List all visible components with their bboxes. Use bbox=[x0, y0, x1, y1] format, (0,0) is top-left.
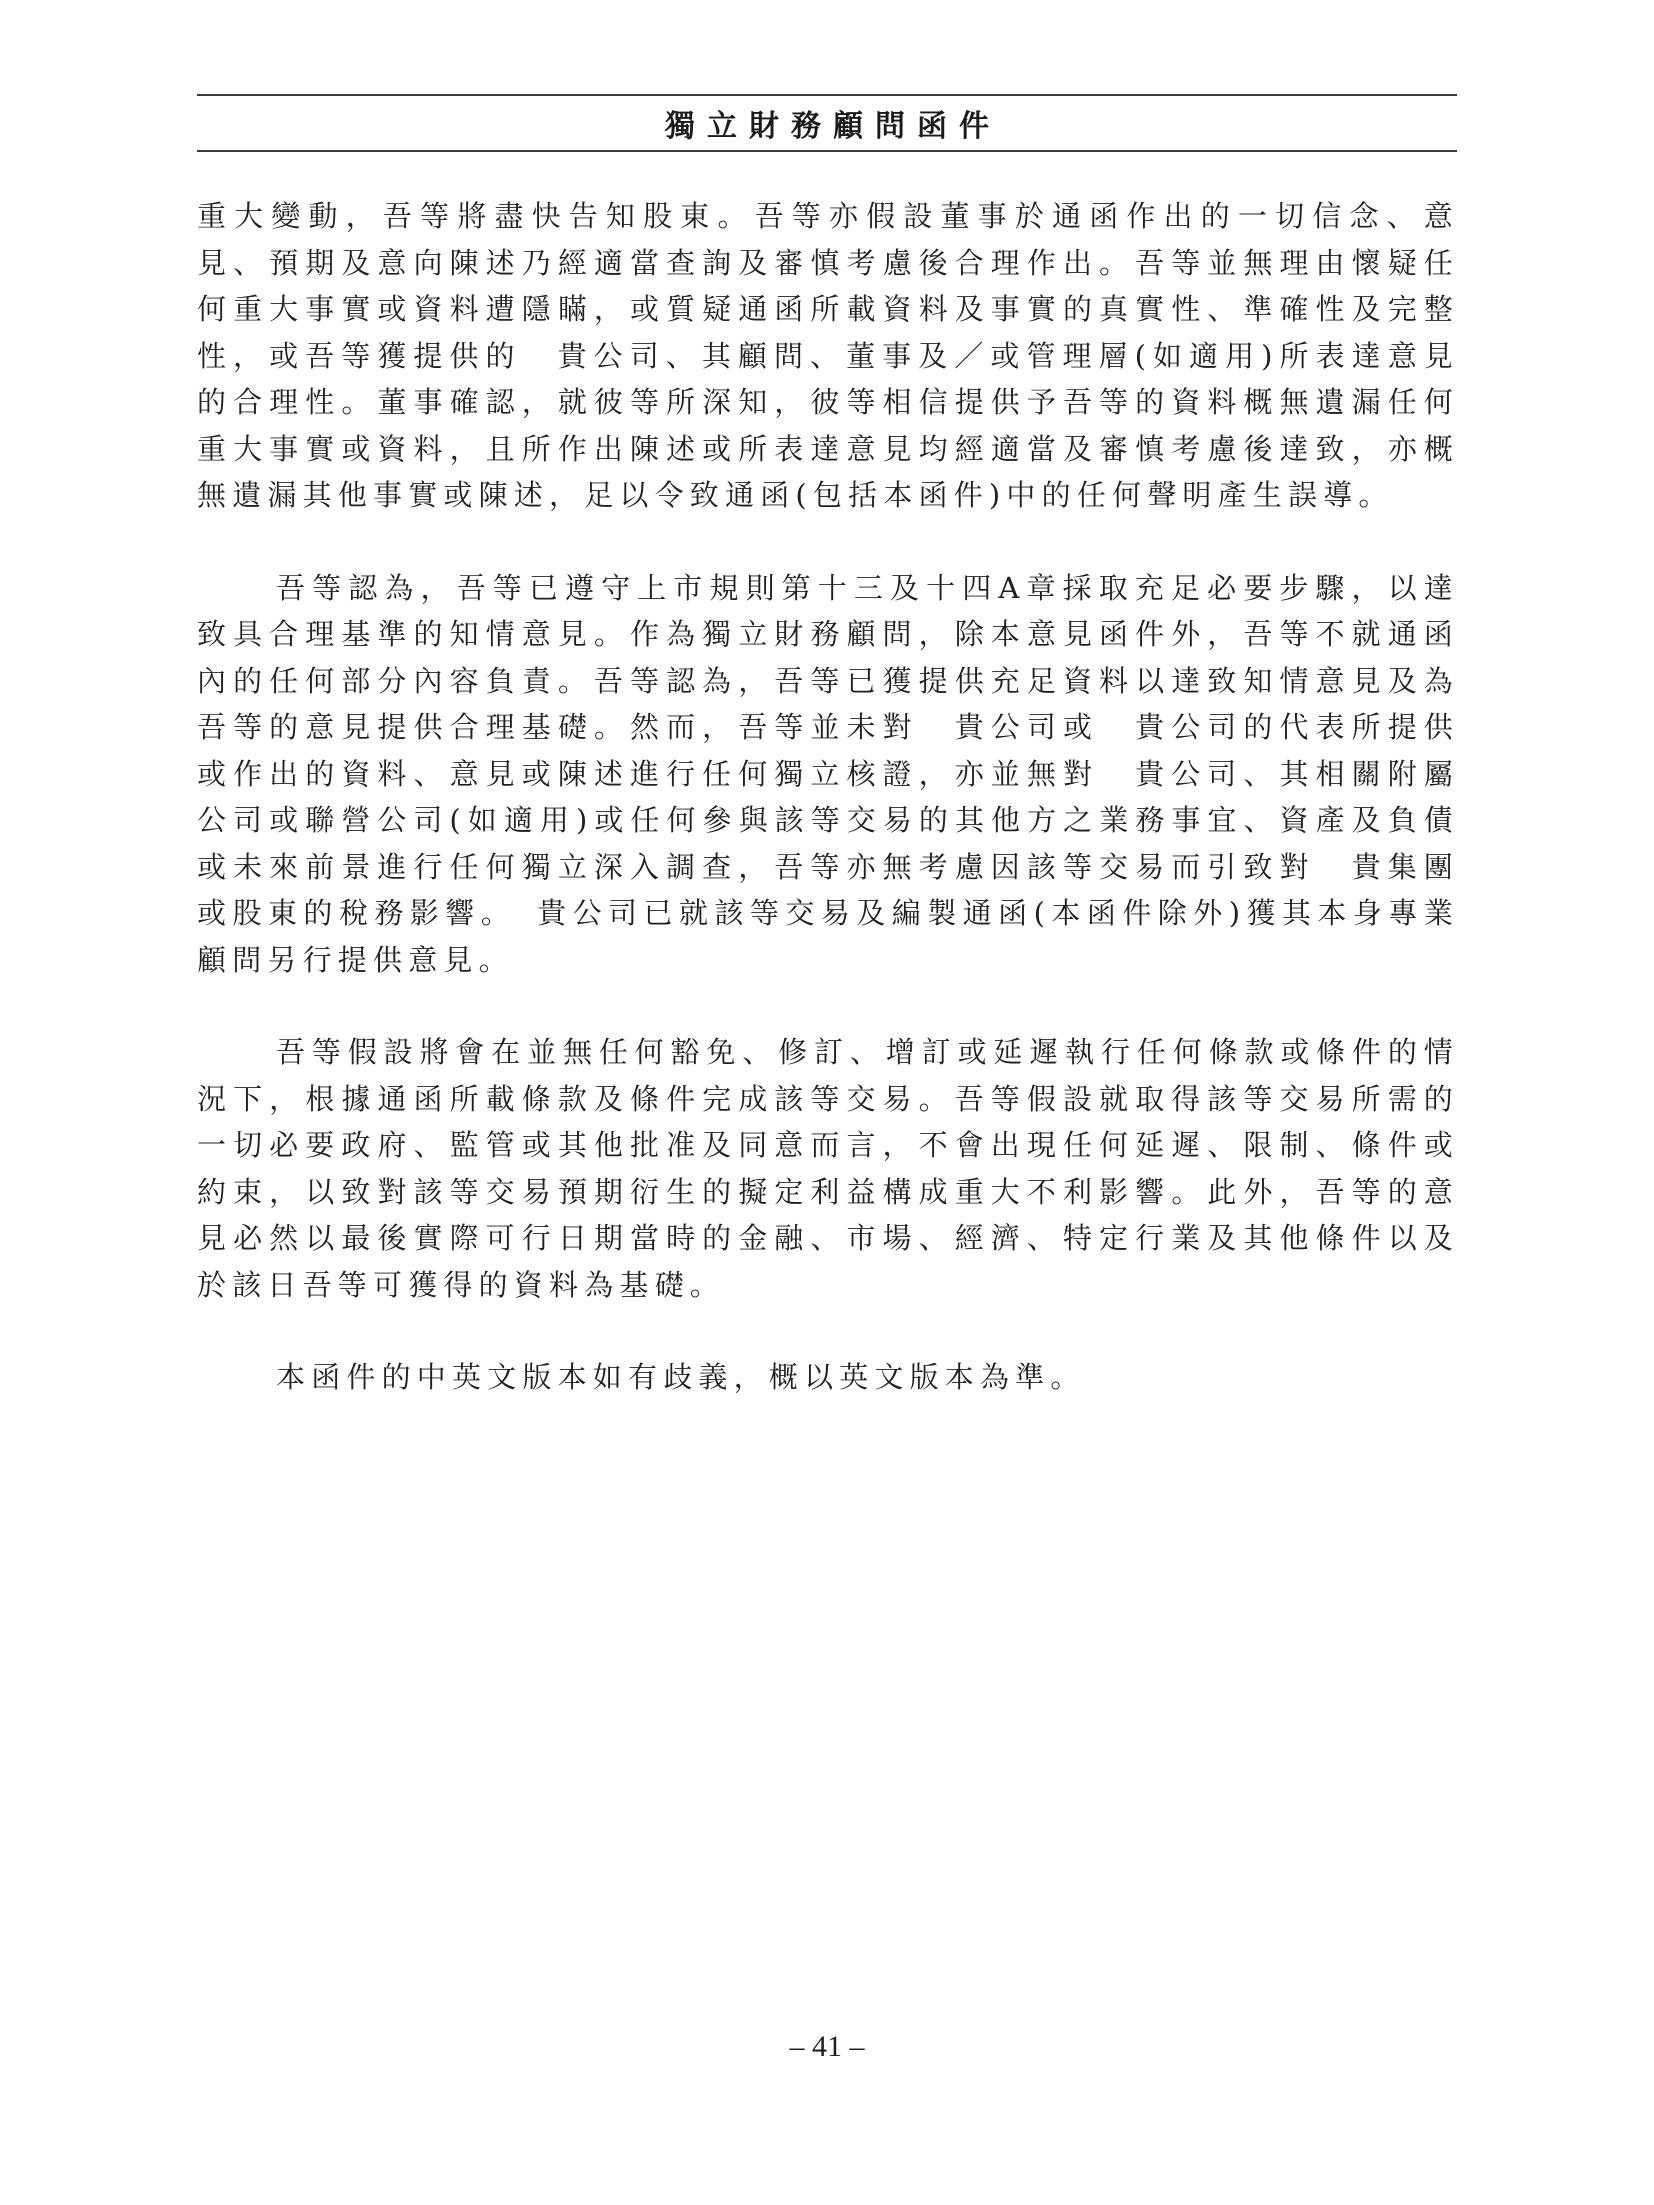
paragraph-3: 吾等假設將會在並無任何豁免、修訂、增訂或延遲執行任何條款或條件的情況下，根據通函… bbox=[197, 1029, 1459, 1308]
paragraph-4: 本函件的中英文版本如有歧義，概以英文版本為準。 bbox=[197, 1354, 1459, 1401]
document-body: 重大變動，吾等將盡快告知股東。吾等亦假設董事於通函作出的一切信念、意見、預期及意… bbox=[197, 193, 1459, 1447]
page-number: – 41 – bbox=[0, 2030, 1654, 2064]
paragraph-2: 吾等認為，吾等已遵守上市規則第十三及十四A章採取充足必要步驟，以達致具合理基準的… bbox=[197, 565, 1459, 984]
paragraph-1: 重大變動，吾等將盡快告知股東。吾等亦假設董事於通函作出的一切信念、意見、預期及意… bbox=[197, 193, 1459, 519]
page-header: 獨立財務顧問函件 bbox=[197, 94, 1457, 152]
header-title: 獨立財務顧問函件 bbox=[653, 101, 1001, 145]
